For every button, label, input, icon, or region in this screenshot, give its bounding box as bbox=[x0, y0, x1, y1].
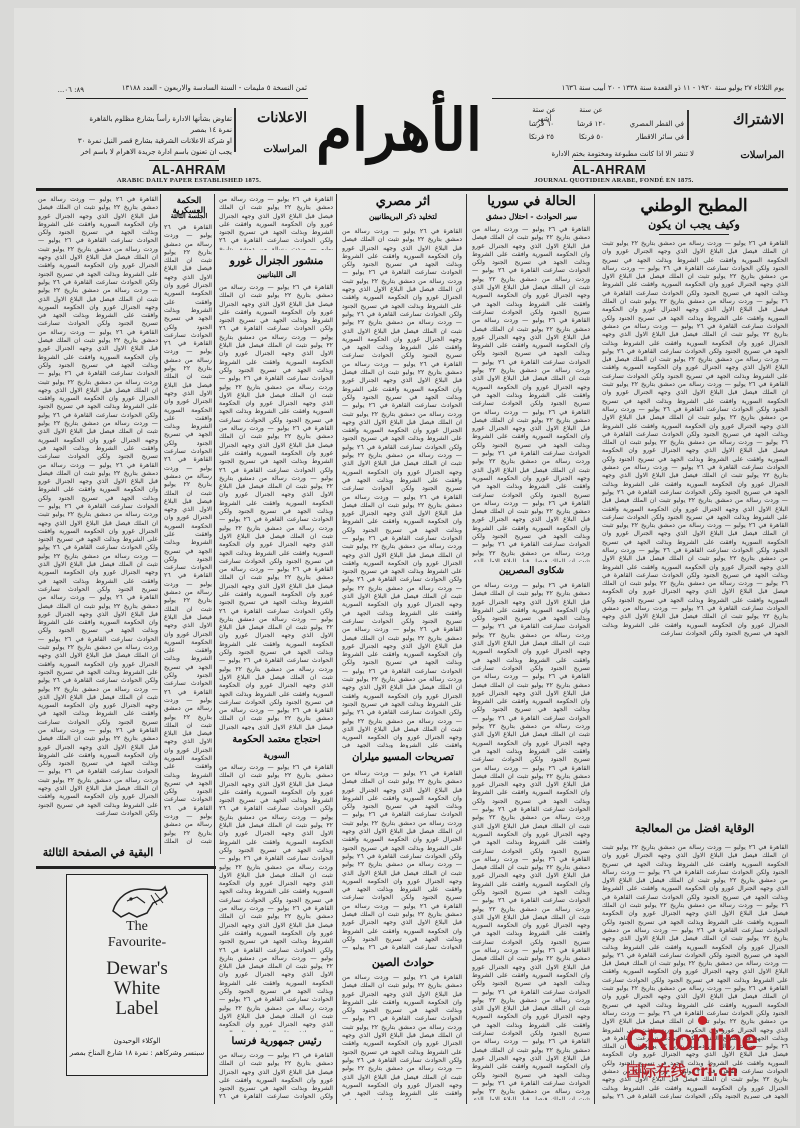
article-body: القاهرة في ٢٦ يوليو — وردت رسالة من دمشق… bbox=[602, 240, 788, 818]
subscription-title: الاشتراك bbox=[704, 112, 784, 128]
article-body: القاهرة في ٢٦ يوليو — وردت رسالة من دمشق… bbox=[219, 764, 333, 1032]
ad-line-dewars: Dewar's bbox=[67, 959, 207, 978]
divider bbox=[234, 108, 236, 152]
english-subtitle-left: ARABIC DAILY PAPER ESTABLISHED 1875. bbox=[94, 177, 284, 184]
cri-watermark: CRIonline 国际在线 cri.cn bbox=[626, 1014, 786, 1084]
article-body: القاهرة في ٢٦ يوليو — وردت رسالة من دمشق… bbox=[342, 974, 462, 1100]
rule bbox=[659, 234, 729, 235]
article-body: القاهرة في ٢٦ يوليو — وردت رسالة من دمشق… bbox=[342, 770, 462, 950]
subhead-syria-situation: سير الحوادث - احتلال دمشق bbox=[474, 212, 589, 221]
sub-half-price: ٢٥ فرنكا bbox=[519, 133, 564, 142]
rule bbox=[574, 160, 646, 161]
ad-line-the: The bbox=[67, 919, 207, 934]
article-body: القاهرة في ٢٦ يوليو — وردت رسالة من دمشق… bbox=[219, 1052, 333, 1100]
ads-title: الاعلانات bbox=[239, 110, 307, 126]
watermark-tagline: 国际在线 cri.cn bbox=[626, 1060, 786, 1081]
article-body: القاهرة في ٢٦ يوليو — وردت رسالة من دمشق… bbox=[219, 284, 333, 730]
divider bbox=[687, 110, 689, 140]
corner-number: ٨٩: ٠٦... bbox=[34, 86, 84, 95]
article-body: القاهرة في ٢٦ يوليو — وردت رسالة من دمشق… bbox=[38, 196, 158, 836]
ad-line-white: White bbox=[67, 979, 207, 998]
sub-region: في سائر الاقطار bbox=[624, 133, 684, 142]
masthead-rule bbox=[36, 188, 788, 191]
subscription-correspondence-label: المراسلات bbox=[704, 150, 784, 161]
sub-region: في القطر المصري bbox=[624, 120, 684, 129]
rule bbox=[492, 98, 786, 99]
headline-syrian-protest: احتجاج معتمد الحكومة bbox=[219, 734, 334, 745]
subhead-egyptian-monument: لتخليد ذكر البريطانيين bbox=[344, 212, 462, 221]
column-rule bbox=[336, 194, 337, 1104]
ads-line: تفاوض بشأنها الادارة رأساً بشارع مظلوم ب… bbox=[74, 114, 232, 136]
subhead-national-kitchen: وكيف يجب ان يكون bbox=[604, 218, 784, 231]
sub-year-price: ٥٠ فرنكا bbox=[569, 133, 614, 142]
ads-lines: تفاوض بشأنها الادارة رأساً بشارع مظلوم ب… bbox=[74, 114, 232, 158]
headline-french-president: رئيس جمهورية فرنسا bbox=[219, 1036, 334, 1047]
watermark-brand: CRIonline bbox=[626, 1024, 786, 1058]
subhead-gouraud-proclamation: الى اللبنانيين bbox=[219, 270, 334, 279]
ads-line: او شركة الاعلانات الشرقية بشارع قصر الني… bbox=[74, 136, 232, 147]
sub-half-price: ٦٠ قرشا bbox=[519, 120, 564, 129]
dewars-advertisement: The Favourite- Dewar's White Label الوكل… bbox=[66, 874, 208, 1076]
headline-prevention: الوقاية افضل من المعالجة bbox=[602, 822, 787, 835]
headline-gouraud-proclamation: منشور الجنرال غورو bbox=[219, 254, 334, 267]
date-line: يوم الثلاثاء ٢٧ يوليو سنة ١٩٢٠ - ١١ ذو ا… bbox=[504, 84, 784, 93]
article-body: القاهرة في ٢٦ يوليو — وردت رسالة من دمشق… bbox=[472, 226, 590, 562]
article-body: القاهرة في ٢٦ يوليو — وردت رسالة من دمشق… bbox=[219, 196, 333, 250]
ad-line-favourite: Favourite- bbox=[67, 935, 207, 950]
headline-egyptian-complaints: شكاوى المصريين bbox=[474, 566, 589, 576]
rule bbox=[66, 98, 308, 99]
horse-head-icon bbox=[107, 883, 171, 921]
subhead-syrian-protest: السورية bbox=[219, 750, 334, 760]
headline-syria-situation: الحالة في سوريا bbox=[474, 194, 589, 209]
rule bbox=[149, 160, 219, 161]
masthead-logo: الأهرام bbox=[314, 96, 484, 186]
column-rule bbox=[466, 194, 467, 1104]
newspaper-page: ثمن النسخة ٥ مليمات - السنة السادسة والا… bbox=[14, 8, 796, 1126]
english-subtitle-right: JOURNAL QUOTIDIEN ARABE, FONDÉ EN 1875. bbox=[484, 177, 744, 184]
ad-address: سبنسر وشركاهم : نمرة ١٨ شارع المناخ بمصر bbox=[67, 1049, 207, 1058]
issue-line: ثمن النسخة ٥ مليمات - السنة السادسة والا… bbox=[82, 84, 307, 93]
column-rule bbox=[160, 194, 161, 854]
article-body: القاهرة في ٢٦ يوليو — وردت رسالة من دمشق… bbox=[164, 224, 212, 844]
sub-note: لا تنشر الا اذا كانت مطبوعة ومختومة بختم… bbox=[504, 150, 694, 159]
english-title-left: AL-AHRAM bbox=[104, 162, 274, 177]
headline-millerand: تصريحات المسيو ميلران bbox=[344, 752, 462, 763]
subhead-military-court: الجلسة الثالثة bbox=[164, 212, 214, 220]
english-title-right: AL-AHRAM bbox=[524, 162, 694, 177]
col-year-label: عن سنة bbox=[576, 106, 606, 115]
ads-line: يجب ان تعنون باسم ادارة جريدة الاهرام لا… bbox=[74, 147, 232, 158]
column-rule bbox=[594, 194, 595, 1104]
article-body: القاهرة في ٢٦ يوليو — وردت رسالة من دمشق… bbox=[472, 582, 590, 1100]
continued-notice: البقية في الصفحة الثالثة bbox=[38, 846, 158, 859]
headline-china-events: حوادث الصين bbox=[344, 956, 462, 969]
ad-agent: الوكلاء الوحيدون bbox=[67, 1037, 207, 1046]
headline-egyptian-monument: اثر مصري bbox=[344, 194, 462, 209]
article-body: القاهرة في ٢٦ يوليو — وردت رسالة من دمشق… bbox=[342, 228, 462, 748]
sub-year-price: ١٢٠ قرشا bbox=[569, 120, 614, 129]
rule bbox=[36, 866, 216, 869]
headline-national-kitchen: المطبح الوطني bbox=[604, 196, 784, 216]
column-rule bbox=[214, 194, 215, 1104]
ad-line-label: Label bbox=[67, 999, 207, 1018]
ads-correspondence-label: المراسلات bbox=[239, 144, 307, 155]
